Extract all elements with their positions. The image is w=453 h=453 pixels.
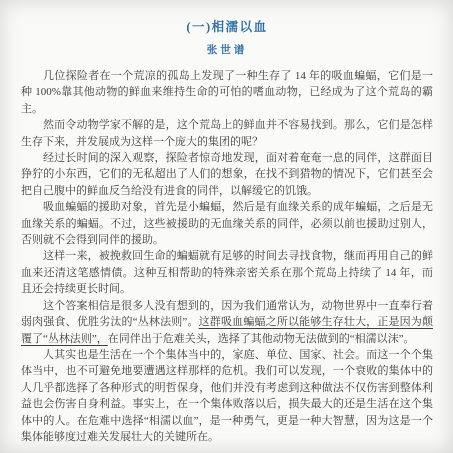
doc-body: 几位探险者在一个荒凉的孤岛上发现了一种生存了 14 年的吸血蝙蝠，它们是一种 1… [21, 68, 433, 445]
paragraph-6-plain-end: 在同伴出于危难关头，选择了其他动物无法做到的“相濡以沫”。 [108, 333, 415, 345]
paragraph-2: 然而令动物学家不解的是，这个荒岛上的鲜血并不容易找到。那么，它们是怎样生存下来，… [21, 117, 433, 150]
paragraph-1: 几位探险者在一个荒凉的孤岛上发现了一种生存了 14 年的吸血蝙蝠，它们是一种 1… [21, 68, 433, 117]
paragraph-6: 这个答案相信是很多人没有想到的，因为我们通常认为，动物世界中一直奉行着弱肉强食、… [21, 298, 433, 347]
paragraph-7: 人其实也是生活在一个个集体当中的，家庭、单位、国家、社会。而这一个个集体当中，也… [21, 347, 433, 445]
doc-author: 张世谱 [21, 42, 433, 57]
paragraph-3: 经过长时间的深入观察，探险者惊奇地发现，面对着奄奄一息的同伴，这群面目狰狞的小东… [21, 150, 433, 199]
paragraph-4: 吸血蝙蝠的援助对象，首先是小蝙蝠，然后是有血缘关系的成年蝙蝠，之后是无血缘关系的… [21, 199, 433, 248]
doc-title: (一)相濡以血 [21, 17, 433, 35]
document-page: (一)相濡以血 张世谱 几位探险者在一个荒凉的孤岛上发现了一种生存了 14 年的… [0, 0, 453, 453]
paragraph-5: 这样一来，被挽救回生命的蝙蝠就有足够的时间去寻找食物，继而再用自己的鲜血来还清这… [21, 248, 433, 297]
